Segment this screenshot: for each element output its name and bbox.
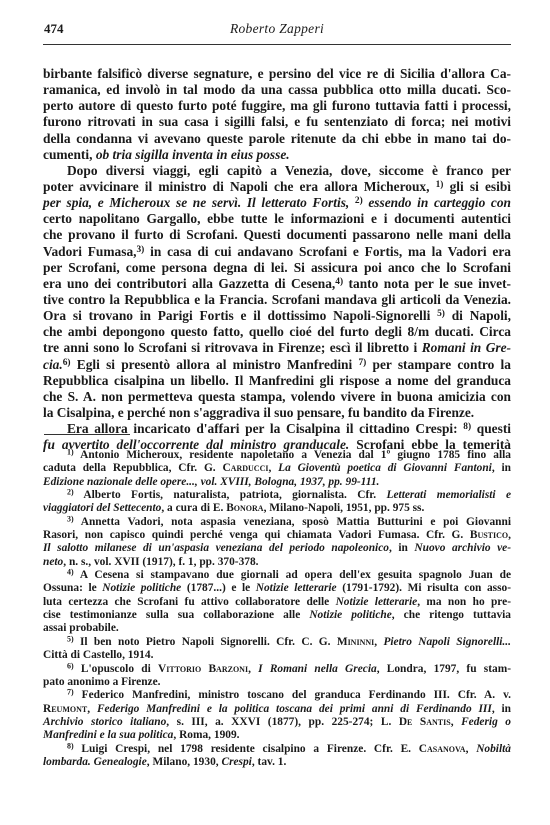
author-name: Vittorio Barzoni	[158, 663, 248, 675]
book-title: Federig o	[461, 716, 511, 728]
text-line: della condanna vi avevano queste parole …	[43, 131, 511, 147]
footnote-ref-7[interactable]: 7)	[358, 357, 366, 367]
text-line: certo napolitano Gargallo, ebbe tutte le…	[43, 211, 511, 227]
book-title: I Romani nella Grecia	[258, 663, 377, 675]
text-span: , Milano, 1930,	[147, 756, 222, 768]
author-name: Mininni	[337, 636, 374, 648]
footnote-marker: 2)	[67, 487, 74, 496]
running-head-author: Roberto Zapperi	[43, 21, 511, 37]
italic-span: per spia, e Micheroux se ne servì. Il le…	[43, 195, 349, 210]
text-span: Ossuna: le	[43, 582, 102, 594]
text-span: ,	[248, 663, 258, 675]
author-name: Bonora	[226, 502, 263, 514]
footnote-line: Edizione nazionale delle opere..., vol. …	[43, 476, 511, 489]
text-span: luta certezza che Scrofani fu attivo col…	[43, 596, 336, 608]
footnote-marker: 4)	[67, 568, 74, 577]
footnote-8: 8) Luigi Crespi, nel 1798 residente cisa…	[43, 743, 511, 756]
text-span: A Cesena si stampavano due giornali ad o…	[80, 569, 511, 581]
text-span: per stampare contro la	[373, 357, 511, 372]
text-span: ,	[466, 743, 477, 755]
text-line: che ambi depongono questo fatto, quello …	[43, 324, 511, 340]
book-title: viaggiatori del Settecento	[43, 502, 161, 514]
text-line: la Cisalpina, e perché non s'aggradiva i…	[43, 405, 511, 421]
text-span: Edizione nazionale delle opere..., vol. …	[43, 476, 379, 488]
text-span: , s. III, a. XXVI (1877), pp. 225-274; L…	[166, 716, 399, 728]
footnote-line: assai probabile.	[43, 622, 511, 635]
text-span: ,	[451, 716, 461, 728]
footnote-line: luta certezza che Scrofani fu attivo col…	[43, 596, 511, 609]
text-span: Luigi Crespi, nel 1798 residente cisalpi…	[81, 743, 418, 755]
text-span: , a cura di E.	[161, 502, 226, 514]
footnote-5: 5) Il ben noto Pietro Napoli Signorelli.…	[43, 636, 511, 649]
author-name: Reumont	[43, 703, 87, 715]
text-line: che provano il furto di Scrofani. Questi…	[43, 227, 511, 243]
text-span: questi	[477, 421, 511, 436]
journal-title: Notizie letterarie	[336, 596, 418, 608]
text-line: tive contro la Repubblica e la Francia. …	[43, 292, 511, 308]
text-span: , tav. 1.	[252, 756, 287, 768]
text-span: cumenti,	[43, 147, 96, 162]
book-title: cia.	[43, 357, 63, 372]
footnote-marker: 8)	[67, 741, 74, 750]
main-text: birbante falsificò diverse segnature, e …	[43, 66, 511, 453]
text-span: Ora si trovano in Parigi Fortis e il dot…	[43, 308, 437, 323]
text-span: di Napoli,	[452, 308, 511, 323]
text-span: ,	[87, 703, 97, 715]
text-span: Antonio Micheroux, residente napoletano …	[80, 449, 511, 461]
text-span: Egli si presentò allora al ministro Manf…	[77, 357, 352, 372]
footnote-marker: 6)	[67, 661, 74, 670]
text-span: caduta della Repubblica, Cfr. G.	[43, 462, 222, 474]
footnote-marker: 7)	[67, 688, 74, 697]
text-line: Vadori Fumasa,3) in casa di cui andavano…	[43, 244, 511, 260]
book-title: Letterati memorialisti e	[387, 489, 512, 501]
journal-title: Notizie politiche	[309, 609, 391, 621]
text-span: , ma non ho pre-	[417, 596, 511, 608]
text-span: , Milano-Napoli, 1951, pp. 975 ss.	[264, 502, 425, 514]
footnote-marker: 3)	[67, 514, 74, 523]
footnote-ref-4[interactable]: 4)	[335, 277, 343, 287]
text-span: in casa di cui andavano Scrofani e Forti…	[150, 244, 511, 259]
footnote-4: 4) A Cesena si stampavano due giornali a…	[43, 569, 511, 582]
footnote-line: Ossuna: le Notizie politiche (1787...) e…	[43, 582, 511, 595]
text-line: che S. A. non permetteva questa stampa, …	[43, 389, 511, 405]
author-name: Carducci	[222, 462, 268, 474]
text-line: cumenti, ob tria sigilla inventa in eius…	[43, 147, 511, 163]
footnote-line: Rasori, non capisco quindi perché venga …	[43, 529, 511, 542]
text-line: tre anni sono lo Scrofani si ritrovava i…	[43, 340, 511, 356]
text-line: poter avvicinare il ministro di Napoli c…	[43, 179, 511, 195]
footnote-line: Archivio storico italiano, s. III, a. XX…	[43, 716, 511, 729]
text-line: per Scrofani, come persona degna di lei.…	[43, 260, 511, 276]
text-span: Alberto Fortis, naturalista, patriota, g…	[83, 489, 386, 501]
author-name: De Santis	[399, 716, 451, 728]
latin-quote: ob tria sigilla inventa in eius posse.	[96, 147, 290, 162]
journal-title: Archivio storico italiano	[43, 716, 166, 728]
footnote-marker: 1)	[67, 447, 74, 456]
text-span: , n. s., vol. XVII (1917), f. 1, pp. 370…	[63, 556, 258, 568]
paragraph-start: Dopo diversi viaggi, egli capitò a Venez…	[43, 163, 511, 179]
text-line: ramanica, ed involò in tal modo da una c…	[43, 82, 511, 98]
footnote-ref-8[interactable]: 8)	[463, 422, 471, 432]
journal-title: neto	[43, 556, 63, 568]
footnote-line: Città di Castello, 1914.	[43, 649, 511, 662]
text-span: gli si esibì	[450, 179, 511, 194]
text-span: Federico Manfredini, ministro toscano de…	[82, 689, 511, 701]
header-rule	[43, 44, 511, 45]
text-span: , in	[389, 542, 414, 554]
footnote-ref-2[interactable]: 2)	[355, 196, 363, 206]
footnote-separator	[44, 434, 130, 435]
text-span: , in	[492, 462, 511, 474]
book-title: Romani in Gre-	[422, 340, 511, 355]
footnote-2: 2) Alberto Fortis, naturalista, patriota…	[43, 489, 511, 502]
text-span: (1787...) e le	[181, 582, 256, 594]
book-title: lombarda. Genealogie	[43, 756, 147, 768]
footnote-line: pato anonimo a Firenze.	[43, 676, 511, 689]
book-title: Pietro Napoli Signorelli...	[383, 636, 511, 648]
text-line: perto autore di questo furto poté fuggir…	[43, 98, 511, 114]
footnote-line: viaggiatori del Settecento, a cura di E.…	[43, 502, 511, 515]
text-span: Rasori, non capisco quindi perché venga …	[43, 529, 470, 541]
book-title: Manfredini e la sua politica	[43, 729, 173, 741]
footnote-ref-5[interactable]: 5)	[437, 309, 445, 319]
author-name: Bustico	[470, 529, 508, 541]
footnote-line: cise testimonianze sulla sua collaborazi…	[43, 609, 511, 622]
text-span: Il ben noto Pietro Napoli Signorelli. Cf…	[80, 636, 337, 648]
footnote-3: 3) Annetta Vadori, nota aspasia venezian…	[43, 516, 511, 529]
text-span: , che ritengo tuttavia	[392, 609, 511, 621]
text-span: tanto nota per le sue invet-	[349, 276, 511, 291]
text-span: , Londra, 1797, fu stam-	[377, 663, 511, 675]
footnote-line: lombarda. Genealogie, Milano, 1930, Cres…	[43, 756, 511, 769]
text-line: birbante falsificò diverse segnature, e …	[43, 66, 511, 82]
text-line: Repubblica cisalpina un libello. Il Manf…	[43, 373, 511, 389]
footnotes: 1) Antonio Micheroux, residente napoleta…	[43, 449, 511, 769]
text-line: Ora si trovano in Parigi Fortis e il dot…	[43, 308, 511, 324]
text-line: furono ritrovati in sua casa i sigilli f…	[43, 114, 511, 130]
footnote-line: Manfredini e la sua politica, Roma, 1909…	[43, 729, 511, 742]
text-span: tre anni sono lo Scrofani si ritrovava i…	[43, 340, 422, 355]
book-title: Il salotto milanese di un'aspasia venezi…	[43, 542, 389, 554]
text-span: Annetta Vadori, nota aspasia veneziana, …	[81, 516, 511, 528]
footnote-7: 7) Federico Manfredini, ministro toscano…	[43, 689, 511, 702]
book-title: Nobiltà	[476, 743, 511, 755]
footnote-line: Reumont, Federigo Manfredini e la politi…	[43, 703, 511, 716]
book-title: Crespi	[221, 756, 251, 768]
text-span: , Roma, 1909.	[173, 729, 239, 741]
text-span: L'opuscolo di	[81, 663, 158, 675]
text-span: (1791-1792). Mi risulta con asso-	[337, 582, 511, 594]
journal-title: Notizie letterarie	[256, 582, 337, 594]
book-title: La Gioventù poetica di Giovanni Fantoni	[278, 462, 492, 474]
page-header: 474 Roberto Zapperi	[43, 21, 511, 41]
text-span: poter avvicinare il ministro di Napoli c…	[43, 179, 436, 194]
footnote-ref-1[interactable]: 1)	[436, 180, 444, 190]
author-name: Casanova	[419, 743, 466, 755]
journal-title: Nuovo archivio ve-	[414, 542, 511, 554]
footnote-ref-3[interactable]: 3)	[136, 244, 144, 254]
footnote-6: 6) L'opuscolo di Vittorio Barzoni, I Rom…	[43, 663, 511, 676]
journal-title: Notizie politiche	[102, 582, 181, 594]
footnote-line: neto, n. s., vol. XVII (1917), f. 1, pp.…	[43, 556, 511, 569]
footnote-marker: 5)	[67, 634, 74, 643]
footnote-line: Il salotto milanese di un'aspasia venezi…	[43, 542, 511, 555]
text-span: Vadori Fumasa,	[43, 244, 136, 259]
text-span: cise testimonianze sulla sua collaborazi…	[43, 609, 309, 621]
text-span: , in	[492, 703, 511, 715]
book-title: Federigo Manfredini e la politica toscan…	[97, 703, 492, 715]
text-line: per spia, e Micheroux se ne servì. Il le…	[43, 195, 511, 211]
footnote-line: caduta della Repubblica, Cfr. G. Carducc…	[43, 462, 511, 475]
footnote-ref-6[interactable]: 6)	[63, 357, 71, 367]
text-line: cia.6) Egli si presentò allora al minist…	[43, 357, 511, 373]
footnote-1: 1) Antonio Micheroux, residente napoleta…	[43, 449, 511, 462]
text-line: era uno dei contributori alla Gazzetta d…	[43, 276, 511, 292]
text-span: era uno dei contributori alla Gazzetta d…	[43, 276, 335, 291]
italic-span: essendo in carteggio con	[368, 195, 511, 210]
